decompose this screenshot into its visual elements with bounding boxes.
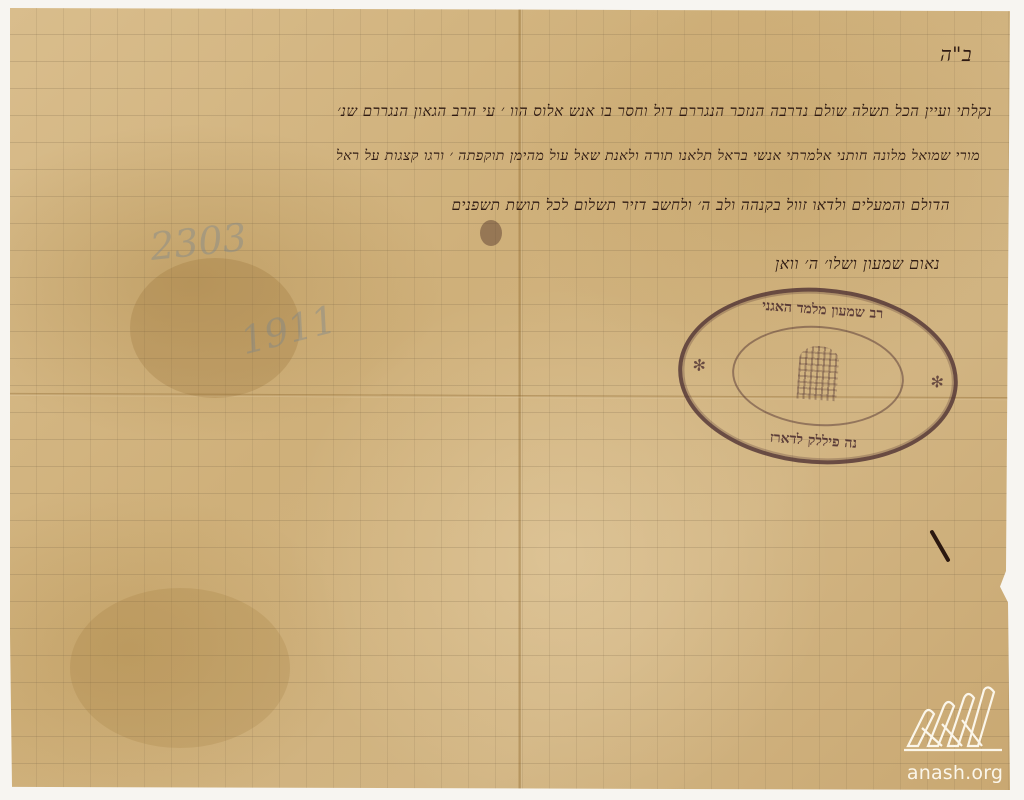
corner-mark: ב"ה [940,42,972,67]
signature: נאום שמעון ושלו׳ ה׳ וואן [775,254,940,274]
watermark-text: anash.org [900,762,1010,784]
star-icon: ✻ [930,372,945,392]
ink-blot [480,220,502,246]
star-icon: ✻ [692,355,707,375]
anash-logo-icon [902,684,1006,756]
vertical-fold [518,8,522,790]
water-stain [70,588,290,748]
handwritten-line-1: נקלתי ועיין הכל תשלה שולם נדרבה הנזכר הנ… [337,102,992,121]
watermark-logo: anash.org [900,684,1010,784]
handwritten-line-3: הדולם והמעלים ולדאו זוול בקנהה ולב ה׳ ול… [452,196,950,215]
stamp-inner-ring [729,320,908,432]
building-icon [796,345,840,402]
handwritten-line-2: מורי שמואל מלונה חותני אלמרתי אנשי בראל … [336,148,980,165]
